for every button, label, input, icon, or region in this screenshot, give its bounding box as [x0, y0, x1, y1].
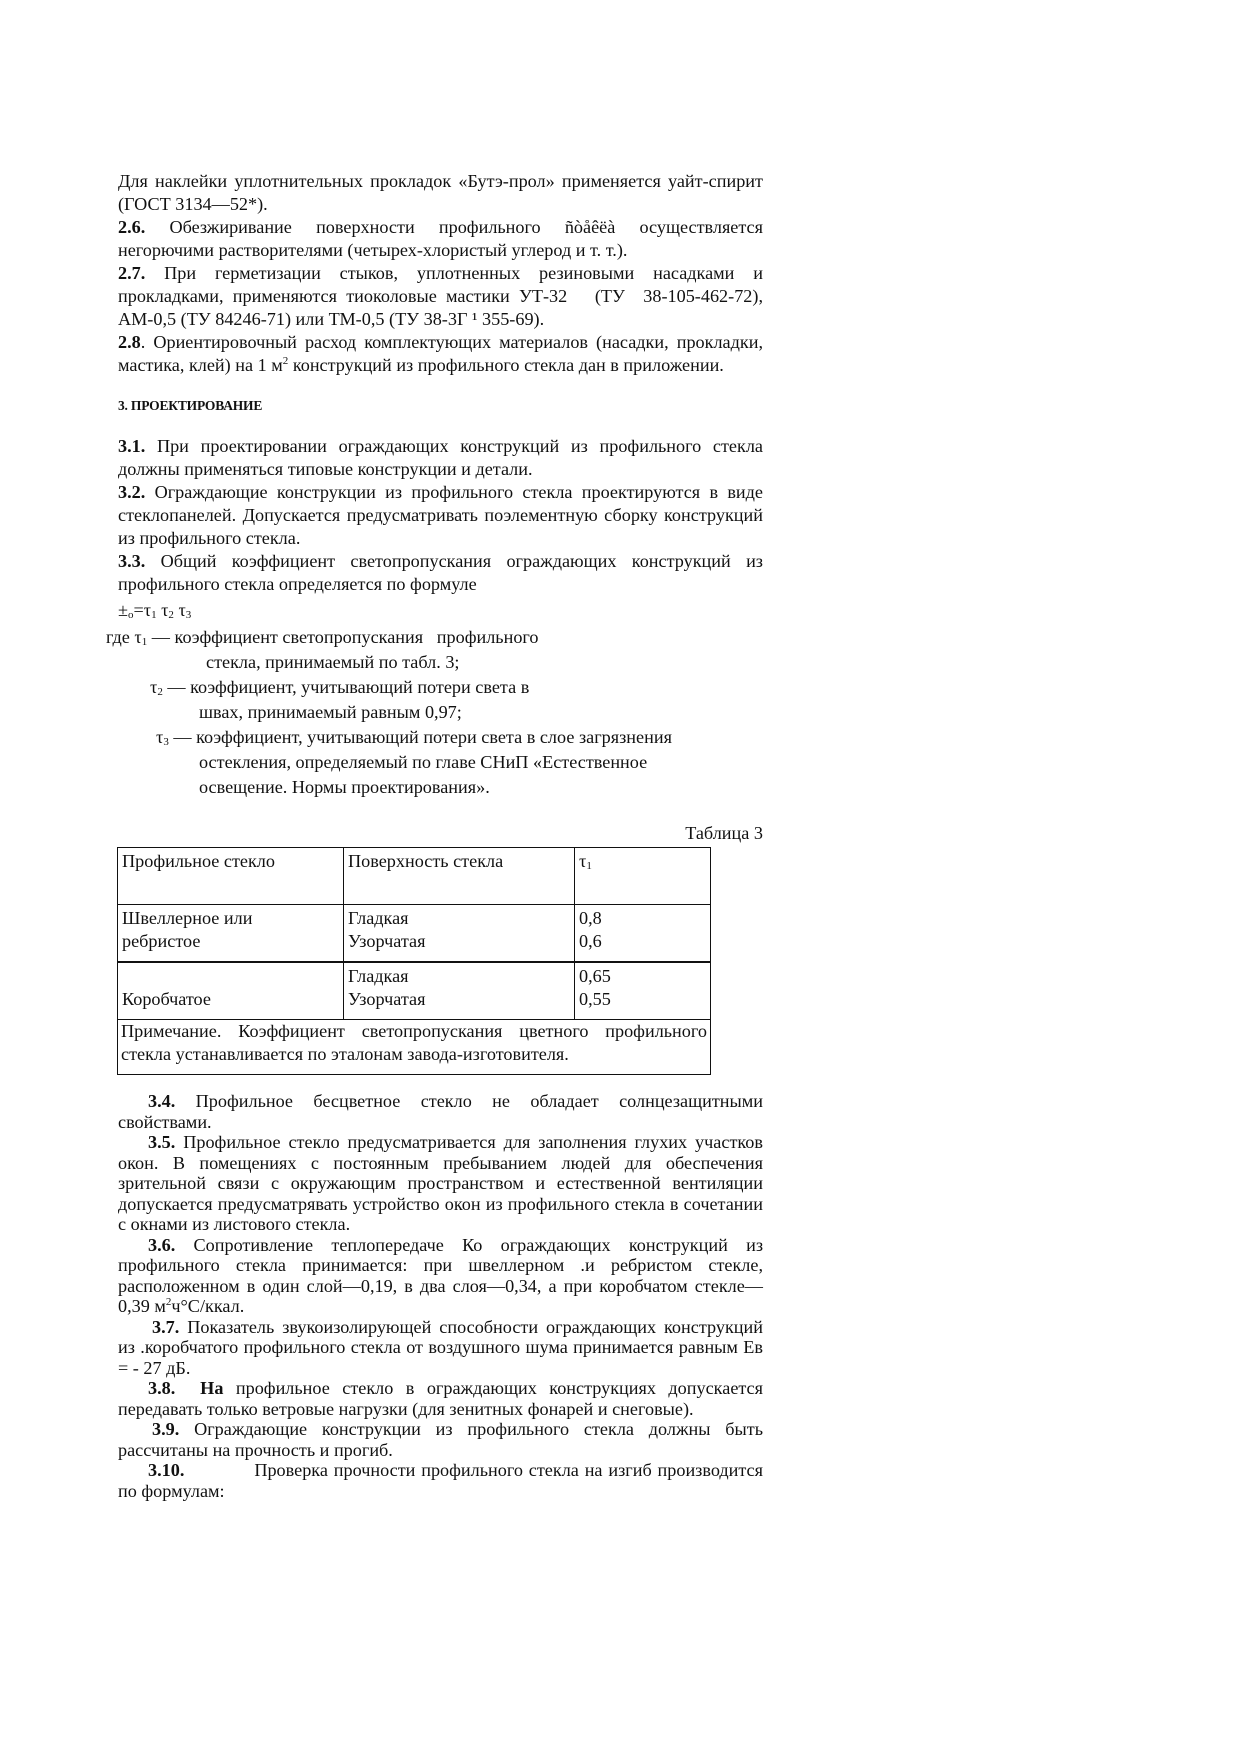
paragraph-number: 3.2.	[118, 482, 145, 502]
table-row: Швеллерное илиребристое ГладкаяУзорчатая…	[118, 905, 711, 963]
paragraph-2-6: 2.6. Обезжиривание поверхности профильно…	[118, 216, 763, 262]
header-surface: Поверхность стекла	[344, 848, 575, 905]
cell-line: Узорчатая	[348, 930, 570, 953]
paragraph-number: 3.6.	[148, 1235, 175, 1255]
cell-line: 0,6	[579, 930, 706, 953]
paragraph-number: 3.5.	[148, 1132, 175, 1152]
paragraph-text: Показатель звукоизолирующей способности …	[118, 1317, 763, 1378]
cell-line: Коробчатое	[122, 988, 339, 1011]
paragraph-number: 3.1.	[118, 436, 145, 456]
table-header-row: Профильное стекло Поверхность стекла τ1	[118, 848, 711, 905]
paragraph-text: Профильное стекло предусматривается для …	[118, 1132, 763, 1234]
paragraph-3-8: 3.8. На профильное стекло в ограждающих …	[118, 1378, 763, 1419]
paragraph-text: Ограждающие конструкции из профильного с…	[118, 1419, 763, 1460]
legend-tau3: τ3 — коэффициент, учитывающий потери све…	[118, 725, 763, 750]
paragraph-text: ч°С/ккал.	[171, 1296, 244, 1316]
cell-surface: ГладкаяУзорчатая	[344, 962, 575, 1020]
paragraph-3-3: 3.3. Общий коэффициент светопропускания …	[118, 550, 763, 596]
paragraph-number: 2.8	[118, 332, 141, 352]
paragraph-3-6: 3.6. Сопротивление теплопередаче Ко огра…	[118, 1235, 763, 1317]
header-glass: Профильное стекло	[118, 848, 344, 905]
paragraph-text: Проверка прочности профильного стекла на…	[118, 1460, 768, 1501]
legend-tau3-cont: освещение. Нормы проектирования».	[118, 775, 763, 800]
section-heading: 3. ПРОЕКТИРОВАНИЕ	[118, 397, 763, 415]
table-row: Коробчатое ГладкаяУзорчатая 0,650,55	[118, 962, 711, 1020]
header-tau-subscript: 1	[586, 860, 592, 872]
table-note-row: Примечание. Коэффициент светопропускания…	[118, 1020, 711, 1075]
legend-text: — коэффициент, учитывающий потери света …	[169, 727, 672, 747]
legend-tau2: τ2 — коэффициент, учитывающий потери све…	[118, 675, 763, 700]
paragraph-number: 3.7.	[152, 1317, 179, 1337]
paragraph-number: 3.10.	[148, 1460, 184, 1480]
legend-tau1: где τ1 — коэффициент светопропускания пр…	[106, 625, 763, 650]
paragraph-number: 3.9.	[152, 1419, 179, 1439]
table-note: Примечание. Коэффициент светопропускания…	[118, 1020, 711, 1075]
paragraph-3-5: 3.5. Профильное стекло предусматривается…	[118, 1132, 763, 1235]
paragraph-3-2: 3.2. Ограждающие конструкции из профильн…	[118, 481, 763, 550]
formula-symbol: τ	[157, 600, 169, 620]
cell-glass: Коробчатое	[118, 962, 344, 1020]
cell-line: Узорчатая	[348, 988, 570, 1011]
paragraph-3-4: 3.4. Профильное бесцветное стекло не обл…	[118, 1091, 763, 1132]
paragraph-text: Для наклейки уплотнительных прокладок «Б…	[118, 171, 763, 214]
cell-line: Гладкая	[348, 907, 570, 930]
paragraph-intro: Для наклейки уплотнительных прокладок «Б…	[118, 170, 763, 216]
legend-tau2-cont: швах, принимаемый равным 0,97;	[118, 700, 763, 725]
table-caption: Таблица 3	[118, 822, 763, 845]
paragraph-text: Ограждающие конструкции из профильного с…	[118, 482, 763, 548]
paragraphs-3-4-to-3-10: 3.4. Профильное бесцветное стекло не обл…	[118, 1091, 763, 1501]
legend-text: — коэффициент светопропускания профильно…	[147, 627, 538, 647]
formula-symbol: ±	[118, 600, 128, 620]
paragraph-text: Общий коэффициент светопропускания ограж…	[118, 551, 763, 594]
cell-tau: 0,80,6	[575, 905, 711, 963]
legend-tau1-cont: стекла, принимаемый по табл. 3;	[118, 650, 763, 675]
cell-line: ребристое	[122, 930, 339, 953]
legend-text: — коэффициент, учитывающий потери света …	[163, 677, 530, 697]
paragraph-3-10: 3.10. Проверка прочности профильного сте…	[118, 1460, 763, 1501]
formula-symbol: =τ	[133, 600, 151, 620]
paragraph-3-9: 3.9. Ограждающие конструкции из профильн…	[118, 1419, 763, 1460]
legend-symbol: где τ	[106, 627, 142, 647]
cell-line: 0,55	[579, 988, 706, 1011]
paragraph-text: Профильное бесцветное стекло не обладает…	[118, 1091, 763, 1132]
paragraph-2-8: 2.8. Ориентировочный расход комплектующи…	[118, 331, 763, 377]
paragraph-2-7: 2.7. При герметизации стыков, уплотненны…	[118, 262, 763, 331]
cell-line: Швеллерное или	[122, 907, 339, 930]
paragraph-text: конструкций из профильного стекла дан в …	[288, 355, 724, 375]
paragraph-number: 2.7.	[118, 263, 145, 283]
paragraph-text: При проектировании ограждающих конструкц…	[118, 436, 763, 479]
cell-surface: ГладкаяУзорчатая	[344, 905, 575, 963]
document-page: Для наклейки уплотнительных прокладок «Б…	[118, 170, 763, 1501]
paragraph-number: 3.3.	[118, 551, 145, 571]
cell-glass: Швеллерное илиребристое	[118, 905, 344, 963]
header-tau: τ1	[575, 848, 711, 905]
paragraph-number: 2.6.	[118, 217, 145, 237]
formula: ±о=τ1 τ2 τ3	[118, 598, 763, 623]
note-text: Примечание. Коэффициент светопропускания…	[121, 1020, 707, 1072]
cell-line	[122, 965, 339, 988]
paragraph-text: Обезжиривание поверхности профильного ñò…	[118, 217, 763, 260]
table-3: Профильное стекло Поверхность стекла τ1 …	[117, 847, 711, 1075]
paragraph-3-7: 3.7. Показатель звукоизолирующей способн…	[118, 1317, 763, 1379]
cell-line: 0,65	[579, 965, 706, 988]
cell-line: 0,8	[579, 907, 706, 930]
paragraph-text: При герметизации стыков, уплотненных рез…	[118, 263, 772, 329]
paragraph-number: 3.8. На	[148, 1378, 223, 1398]
cell-line: Гладкая	[348, 965, 570, 988]
legend-tau3-cont: остекления, определяемый по главе СНиП «…	[118, 750, 763, 775]
formula-symbol: τ	[174, 600, 186, 620]
paragraph-number: 3.4.	[148, 1091, 175, 1111]
paragraph-3-1: 3.1. При проектировании ограждающих конс…	[118, 435, 763, 481]
formula-legend: где τ1 — коэффициент светопропускания пр…	[118, 625, 763, 800]
formula-subscript: 3	[186, 609, 192, 621]
cell-tau: 0,650,55	[575, 962, 711, 1020]
